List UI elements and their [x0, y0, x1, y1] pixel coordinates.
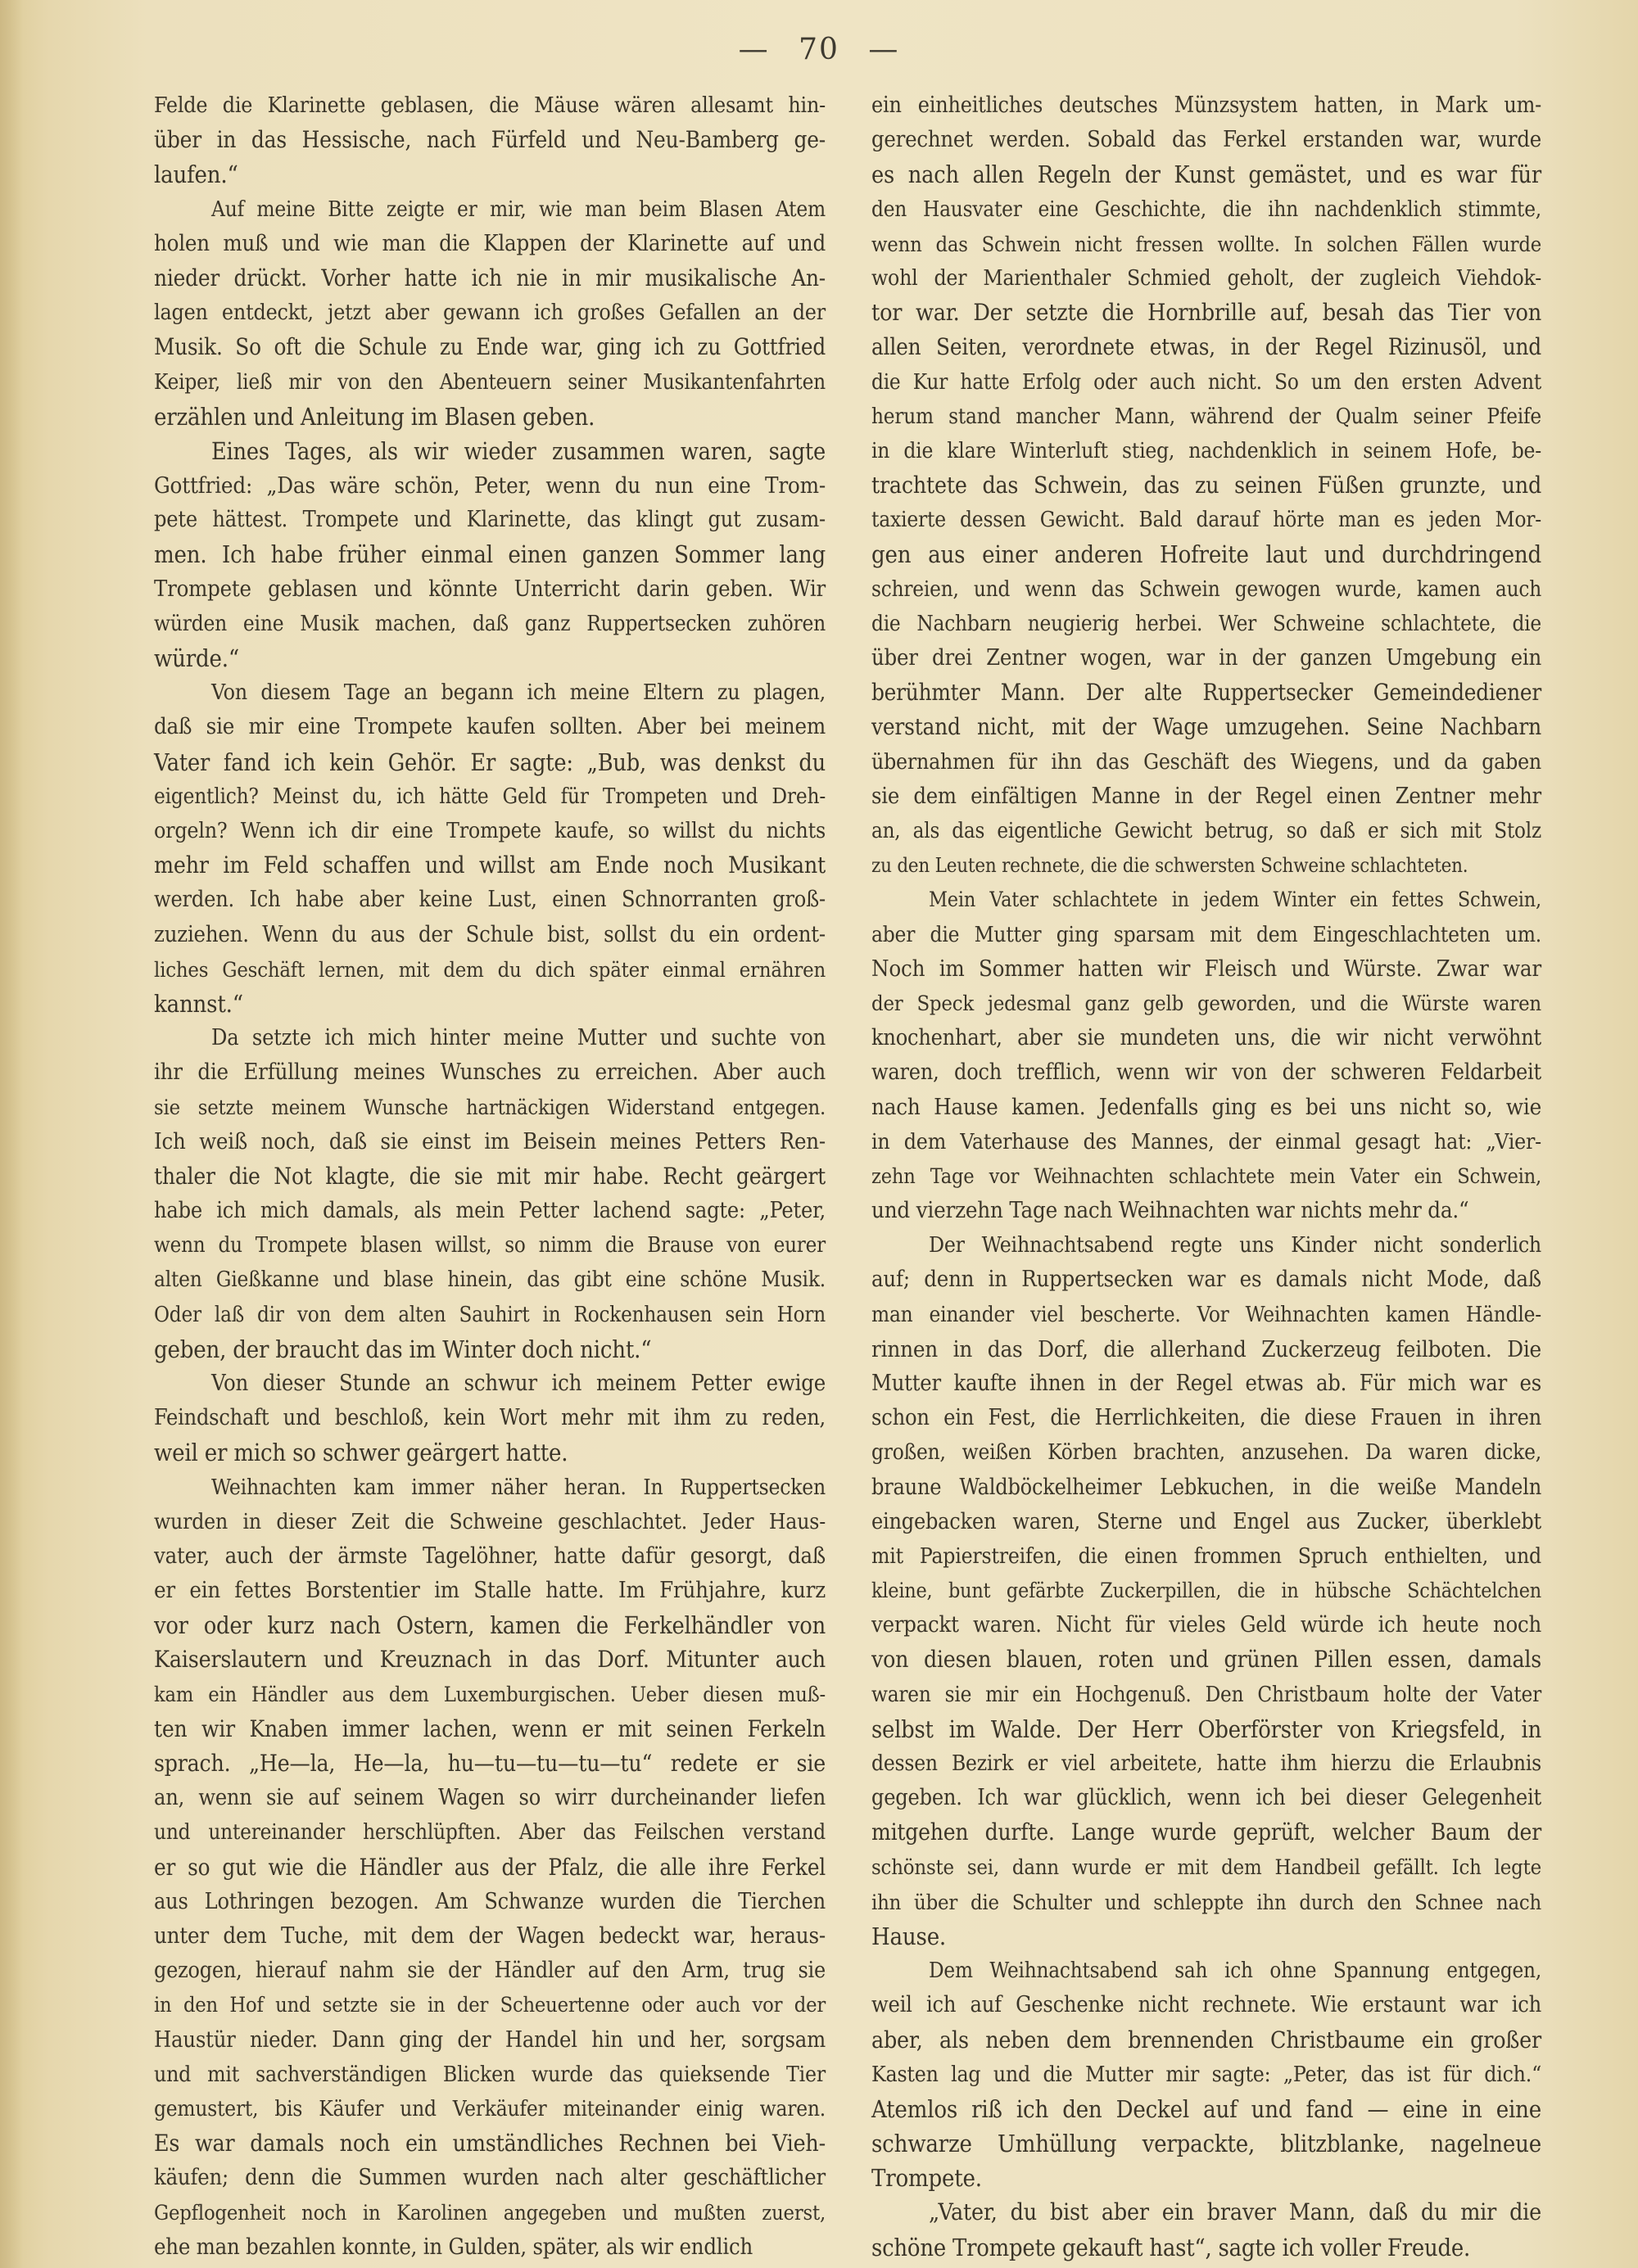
- text-line: Feindschaft und beschloß, kein Wort mehr…: [154, 1401, 826, 1435]
- text-line: über in das Hessische, nach Fürfeld und …: [154, 123, 826, 157]
- text-line: pete hättest. Trompete und Klarinette, d…: [154, 503, 826, 537]
- text-line: erzählen und Anleitung im Blasen geben.: [154, 400, 826, 434]
- text-line: zuziehen. Wenn du aus der Schule bist, s…: [154, 918, 826, 952]
- text-line: Felde die Klarinette geblasen, die Mäuse…: [154, 88, 826, 123]
- text-line: allen Seiten, verordnete etwas, in der R…: [871, 330, 1541, 364]
- text-line: waren sie mir ein Hochgenuß. Den Christb…: [871, 1678, 1541, 1712]
- text-line: ihn über die Schulter und schleppte ihn …: [871, 1885, 1541, 1919]
- text-line: vor oder kurz nach Ostern, kamen die Fer…: [154, 1608, 826, 1642]
- text-line: Weihnachten kam immer näher heran. In Ru…: [154, 1471, 826, 1505]
- text-line: schöne Trompete gekauft hast“, sagte ich…: [871, 2230, 1541, 2265]
- text-line: und untereinander herschlüpften. Aber da…: [154, 1815, 826, 1850]
- text-line: würden eine Musik machen, daß ganz Ruppe…: [154, 607, 826, 641]
- paragraph: Von diesem Tage an begann ich meine Elte…: [154, 675, 826, 1021]
- paragraph: Mein Vater schlachtete in jedem Winter e…: [871, 883, 1541, 1228]
- text-line: ein einheitliches deutsches Münzsystem h…: [871, 88, 1541, 123]
- text-line: braune Waldböckelheimer Lebkuchen, in di…: [871, 1471, 1541, 1505]
- text-line: Oder laß dir von dem alten Sauhirt in Ro…: [154, 1298, 826, 1332]
- text-line: den Hausvater eine Geschichte, die ihn n…: [871, 192, 1541, 227]
- text-line: die Kur hatte Erfolg oder auch nicht. So…: [871, 365, 1541, 400]
- text-line: alten Gießkanne und blase hinein, das gi…: [154, 1263, 826, 1297]
- text-line: verpackt waren. Nicht für vieles Geld wü…: [871, 1608, 1541, 1642]
- text-line: Haustür nieder. Dann ging der Handel hin…: [154, 2023, 826, 2058]
- text-line: nieder drückt. Vorher hatte ich nie in m…: [154, 261, 826, 296]
- text-line: Trompete geblasen und könnte Unterricht …: [154, 572, 826, 607]
- page-header: — 70 —: [0, 33, 1638, 66]
- text-line: Es war damals noch ein umständliches Rec…: [154, 2126, 826, 2161]
- text-line: auf; denn in Ruppertsecken war es damals…: [871, 1263, 1541, 1297]
- paragraph: „Vater, du bist aber ein braver Mann, da…: [871, 2195, 1541, 2264]
- text-line: verstand nicht, mit der Wage umzugehen. …: [871, 710, 1541, 744]
- text-line: habe ich mich damals, als mein Petter la…: [154, 1194, 826, 1228]
- text-line: an, als das eigentliche Gewicht betrug, …: [871, 814, 1541, 848]
- text-line: Vater fand ich kein Gehör. Er sagte: „Bu…: [154, 745, 826, 779]
- text-line: in den Hof und setzte sie in der Scheuer…: [154, 1988, 826, 2022]
- text-line: mitgehen durfte. Lange wurde geprüft, we…: [871, 1815, 1541, 1850]
- text-line: orgeln? Wenn ich dir eine Trompete kaufe…: [154, 814, 826, 848]
- text-line: eingebacken waren, Sterne und Engel aus …: [871, 1505, 1541, 1539]
- text-line: aber die Mutter ging sparsam mit dem Ein…: [871, 918, 1541, 952]
- text-line: in dem Vaterhause des Mannes, der einmal…: [871, 1125, 1541, 1159]
- text-line: Keiper, ließ mir von den Abenteuern sein…: [154, 365, 826, 400]
- text-column-left: Felde die Klarinette geblasen, die Mäuse…: [154, 88, 826, 2265]
- text-line: käufen; denn die Summen wurden nach alte…: [154, 2161, 826, 2195]
- text-line: holen muß und wie man die Klappen der Kl…: [154, 227, 826, 261]
- text-line: mehr im Feld schaffen und willst am Ende…: [154, 848, 826, 883]
- text-line: wohl der Marienthaler Schmied geholt, de…: [871, 261, 1541, 296]
- text-line: es nach allen Regeln der Kunst gemästet,…: [871, 157, 1541, 192]
- text-line: mit Papierstreifen, die einen frommen Sp…: [871, 1539, 1541, 1574]
- text-line: gerechnet werden. Sobald das Ferkel erst…: [871, 123, 1541, 157]
- text-line: Da setzte ich mich hinter meine Mutter u…: [154, 1021, 826, 1055]
- text-line: men. Ich habe früher einmal einen ganzen…: [154, 537, 826, 572]
- text-line: zu den Leuten rechnete, die die schwerst…: [871, 848, 1541, 883]
- text-line: kam ein Händler aus dem Luxemburgischen.…: [154, 1678, 826, 1712]
- text-line: über drei Zentner wogen, war in der ganz…: [871, 641, 1541, 675]
- paragraph: Der Weihnachtsabend regte uns Kinder nic…: [871, 1228, 1541, 1954]
- text-line: Gepflogenheit noch in Karolinen angegebe…: [154, 2195, 826, 2230]
- text-line: Kasten lag und die Mutter mir sagte: „Pe…: [871, 2058, 1541, 2092]
- text-line: trachtete das Schwein, das zu seinen Füß…: [871, 468, 1541, 503]
- text-line: in die klare Winterluft stieg, nachdenkl…: [871, 434, 1541, 468]
- text-line: ihr die Erfüllung meines Wunsches zu err…: [154, 1055, 826, 1090]
- text-line: gen aus einer anderen Hofreite laut und …: [871, 537, 1541, 572]
- text-line: Noch im Sommer hatten wir Fleisch und Wü…: [871, 952, 1541, 987]
- text-line: und vierzehn Tage nach Weihnachten war n…: [871, 1194, 1541, 1228]
- text-line: Kaiserslautern und Kreuznach in das Dorf…: [154, 1642, 826, 1677]
- text-line: aus Lothringen bezogen. Am Schwanze wurd…: [154, 1885, 826, 1919]
- header-dash-left: —: [739, 33, 770, 66]
- text-line: Trompete.: [871, 2161, 1541, 2195]
- paragraph: Da setzte ich mich hinter meine Mutter u…: [154, 1021, 826, 1367]
- text-line: von diesen blauen, roten und grünen Pill…: [871, 1642, 1541, 1677]
- text-line: weil ich auf Geschenke nicht rechnete. W…: [871, 1988, 1541, 2022]
- header-dash-right: —: [868, 33, 899, 66]
- text-line: kleine, bunt gefärbte Zuckerpillen, die …: [871, 1574, 1541, 1608]
- text-line: schönste sei, dann wurde er mit dem Hand…: [871, 1850, 1541, 1885]
- text-line: an, wenn sie auf seinem Wagen so wirr du…: [154, 1781, 826, 1815]
- text-line: er ein fettes Borstentier im Stalle hatt…: [154, 1574, 826, 1608]
- text-line: übernahmen für ihn das Geschäft des Wieg…: [871, 745, 1541, 779]
- text-line: gemustert, bis Käufer und Verkäufer mite…: [154, 2092, 826, 2126]
- text-line: und mit sachverständigen Blicken wurde d…: [154, 2058, 826, 2092]
- text-line: der Speck jedesmal ganz gelb geworden, u…: [871, 987, 1541, 1021]
- text-line: großen, weißen Körben brachten, anzusehe…: [871, 1435, 1541, 1470]
- text-line: geben, der braucht das im Winter doch ni…: [154, 1332, 826, 1367]
- text-line: Eines Tages, als wir wieder zusammen war…: [154, 434, 826, 468]
- text-line: eigentlich? Meinst du, ich hätte Geld fü…: [154, 779, 826, 814]
- text-line: liches Geschäft lernen, mit dem du dich …: [154, 952, 826, 987]
- paragraph: Auf meine Bitte zeigte er mir, wie man b…: [154, 192, 826, 434]
- text-line: schreien, und wenn das Schwein gewogen w…: [871, 572, 1541, 607]
- text-line: sie dem einfältigen Manne in der Regel e…: [871, 779, 1541, 814]
- text-column-right: ein einheitliches deutsches Münzsystem h…: [871, 88, 1541, 2265]
- text-line: rinnen in das Dorf, die allerhand Zucker…: [871, 1332, 1541, 1367]
- text-line: man einander viel bescherte. Vor Weihnac…: [871, 1298, 1541, 1332]
- text-line: selbst im Walde. Der Herr Oberförster vo…: [871, 1712, 1541, 1746]
- text-line: daß sie mir eine Trompete kaufen sollten…: [154, 710, 826, 744]
- page-binding-shadow: [0, 0, 23, 2268]
- text-line: waren, doch trefflich, wenn wir von der …: [871, 1055, 1541, 1090]
- paragraph: Von dieser Stunde an schwur ich meinem P…: [154, 1367, 826, 1471]
- paragraph: Dem Weihnachtsabend sah ich ohne Spannun…: [871, 1954, 1541, 2195]
- text-line: wurden in dieser Zeit die Schweine gesch…: [154, 1505, 826, 1539]
- text-line: Musik. So oft die Schule zu Ende war, gi…: [154, 330, 826, 364]
- text-line: knochenhart, aber sie mundeten uns, die …: [871, 1021, 1541, 1055]
- text-line: „Vater, du bist aber ein braver Mann, da…: [871, 2195, 1541, 2230]
- text-line: Hause.: [871, 1919, 1541, 1954]
- text-line: Gottfried: „Das wäre schön, Peter, wenn …: [154, 468, 826, 503]
- text-line: Atemlos riß ich den Deckel auf und fand …: [871, 2092, 1541, 2126]
- text-line: Von diesem Tage an begann ich meine Elte…: [154, 675, 826, 710]
- text-line: Mein Vater schlachtete in jedem Winter e…: [871, 883, 1541, 917]
- text-line: die Nachbarn neugierig herbei. Wer Schwe…: [871, 607, 1541, 641]
- text-line: er so gut wie die Händler aus der Pfalz,…: [154, 1850, 826, 1885]
- text-line: weil er mich so schwer geärgert hatte.: [154, 1435, 826, 1470]
- text-line: würde.“: [154, 641, 826, 675]
- text-line: werden. Ich habe aber keine Lust, einen …: [154, 883, 826, 917]
- text-line: sprach. „He—la, He—la, hu—tu—tu—tu—tu“ r…: [154, 1746, 826, 1781]
- paragraph: ein einheitliches deutsches Münzsystem h…: [871, 88, 1541, 883]
- text-line: Von dieser Stunde an schwur ich meinem P…: [154, 1367, 826, 1401]
- text-line: dessen Bezirk er viel arbeitete, hatte i…: [871, 1746, 1541, 1781]
- text-line: wenn du Trompete blasen willst, so nimm …: [154, 1228, 826, 1263]
- text-line: vater, auch der ärmste Tagelöhner, hatte…: [154, 1539, 826, 1574]
- text-line: Dem Weihnachtsabend sah ich ohne Spannun…: [871, 1954, 1541, 1988]
- text-line: sie setzte meinem Wunsche hartnäckigen W…: [154, 1090, 826, 1124]
- text-line: ten wir Knaben immer lachen, wenn er mit…: [154, 1712, 826, 1746]
- text-line: wenn das Schwein nicht fressen wollte. I…: [871, 227, 1541, 261]
- text-line: herum stand mancher Mann, während der Qu…: [871, 400, 1541, 434]
- text-line: Der Weihnachtsabend regte uns Kinder nic…: [871, 1228, 1541, 1263]
- text-line: gezogen, hierauf nahm sie der Händler au…: [154, 1954, 826, 1988]
- paragraph: Eines Tages, als wir wieder zusammen war…: [154, 434, 826, 675]
- text-line: kannst.“: [154, 987, 826, 1021]
- text-line: gegeben. Ich war glücklich, wenn ich bei…: [871, 1781, 1541, 1815]
- text-line: schon ein Fest, die Herrlichkeiten, die …: [871, 1401, 1541, 1435]
- text-line: tor war. Der setzte die Hornbrille auf, …: [871, 296, 1541, 330]
- paragraph: Felde die Klarinette geblasen, die Mäuse…: [154, 88, 826, 192]
- text-line: Auf meine Bitte zeigte er mir, wie man b…: [154, 192, 826, 227]
- text-line: berühmter Mann. Der alte Ruppertsecker G…: [871, 675, 1541, 710]
- text-line: Ich weiß noch, daß sie einst im Beisein …: [154, 1125, 826, 1159]
- text-line: lagen entdeckt, jetzt aber gewann ich gr…: [154, 296, 826, 330]
- text-line: thaler die Not klagte, die sie mit mir h…: [154, 1159, 826, 1194]
- page-number: 70: [799, 33, 839, 66]
- text-line: nach Hause kamen. Jedenfalls ging es bei…: [871, 1090, 1541, 1124]
- paragraph: Weihnachten kam immer näher heran. In Ru…: [154, 1471, 826, 2265]
- text-line: laufen.“: [154, 157, 826, 192]
- text-line: Mutter kaufte ihnen in der Regel etwas a…: [871, 1367, 1541, 1401]
- text-line: taxierte dessen Gewicht. Bald darauf hör…: [871, 503, 1541, 537]
- text-line: ehe man bezahlen konnte, in Gulden, spät…: [154, 2230, 826, 2265]
- text-line: aber, als neben dem brennenden Christbau…: [871, 2023, 1541, 2058]
- text-line: unter dem Tuche, mit dem der Wagen bedec…: [154, 1919, 826, 1954]
- text-line: zehn Tage vor Weihnachten schlachtete me…: [871, 1159, 1541, 1194]
- text-line: schwarze Umhüllung verpackte, blitzblank…: [871, 2126, 1541, 2161]
